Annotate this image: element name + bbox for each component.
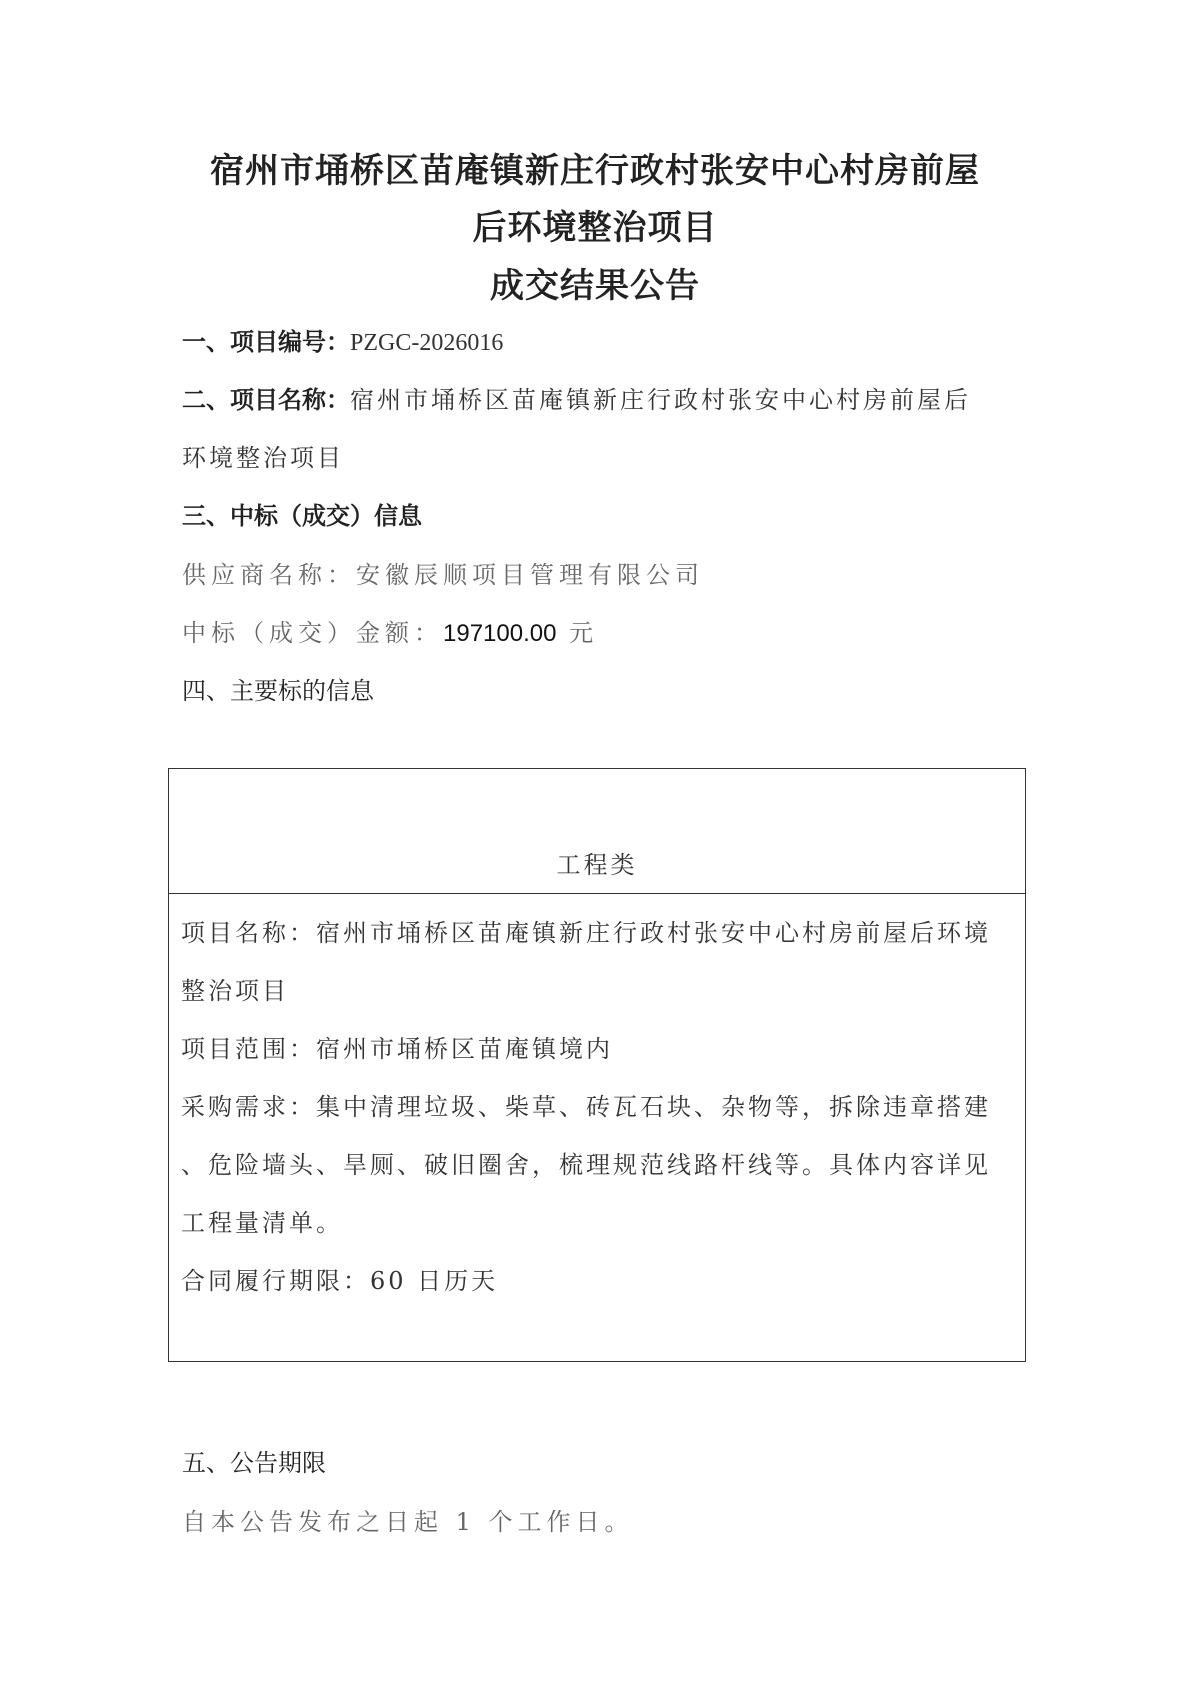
project-number-label: 一、项目编号： xyxy=(182,328,350,356)
supplier-value: 安徽辰顺项目管理有限公司 xyxy=(356,561,704,589)
table-line: 整治项目 xyxy=(181,971,289,1006)
table-divider xyxy=(169,893,1025,894)
supplier-label: 供应商名称： xyxy=(182,561,356,589)
section-4-heading: 四、主要标的信息 xyxy=(182,671,374,706)
table-category-cell: 工程类 xyxy=(169,845,1025,880)
project-name-value-line2: 环境整治项目 xyxy=(182,438,344,473)
subject-info-table: 工程类 项目名称：宿州市埇桥区苗庵镇新庄行政村张安中心村房前屋后环境 整治项目 … xyxy=(168,768,1026,1362)
table-line: 采购需求：集中清理垃圾、柴草、砖瓦石块、杂物等，拆除违章搭建 xyxy=(181,1087,991,1122)
project-name-row: 二、项目名称：宿州市埇桥区苗庵镇新庄行政村张安中心村房前屋后 xyxy=(182,380,971,415)
table-line: 工程量清单。 xyxy=(181,1203,343,1238)
amount-row: 中标（成交）金额：197100.00 元 xyxy=(182,613,598,648)
project-number-value: PZGC-2026016 xyxy=(350,330,503,356)
title-line-2: 后环境整治项目 xyxy=(0,200,1190,249)
amount-unit: 元 xyxy=(556,619,598,647)
table-line: 、危险墙头、旱厕、破旧圈舍，梳理规范线路杆线等。具体内容详见 xyxy=(181,1145,991,1180)
notice-period-value: 自本公告发布之日起 1 个工作日。 xyxy=(182,1502,634,1537)
project-name-value-line1: 宿州市埇桥区苗庵镇新庄行政村张安中心村房前屋后 xyxy=(350,386,971,414)
section-5-heading: 五、公告期限 xyxy=(182,1443,326,1478)
amount-value: 197100.00 xyxy=(443,620,556,647)
title-line-3: 成交结果公告 xyxy=(0,258,1190,307)
amount-label: 中标（成交）金额： xyxy=(182,619,443,647)
supplier-row: 供应商名称：安徽辰顺项目管理有限公司 xyxy=(182,555,704,590)
table-line: 合同履行期限：60 日历天 xyxy=(181,1261,498,1296)
project-name-label: 二、项目名称： xyxy=(182,386,350,414)
table-line: 项目范围：宿州市埇桥区苗庵镇境内 xyxy=(181,1029,613,1064)
project-number-row: 一、项目编号：PZGC-2026016 xyxy=(182,322,503,357)
title-line-1: 宿州市埇桥区苗庵镇新庄行政村张安中心村房前屋 xyxy=(0,143,1190,192)
table-line: 项目名称：宿州市埇桥区苗庵镇新庄行政村张安中心村房前屋后环境 xyxy=(181,913,991,948)
section-3-heading: 三、中标（成交）信息 xyxy=(182,496,422,531)
